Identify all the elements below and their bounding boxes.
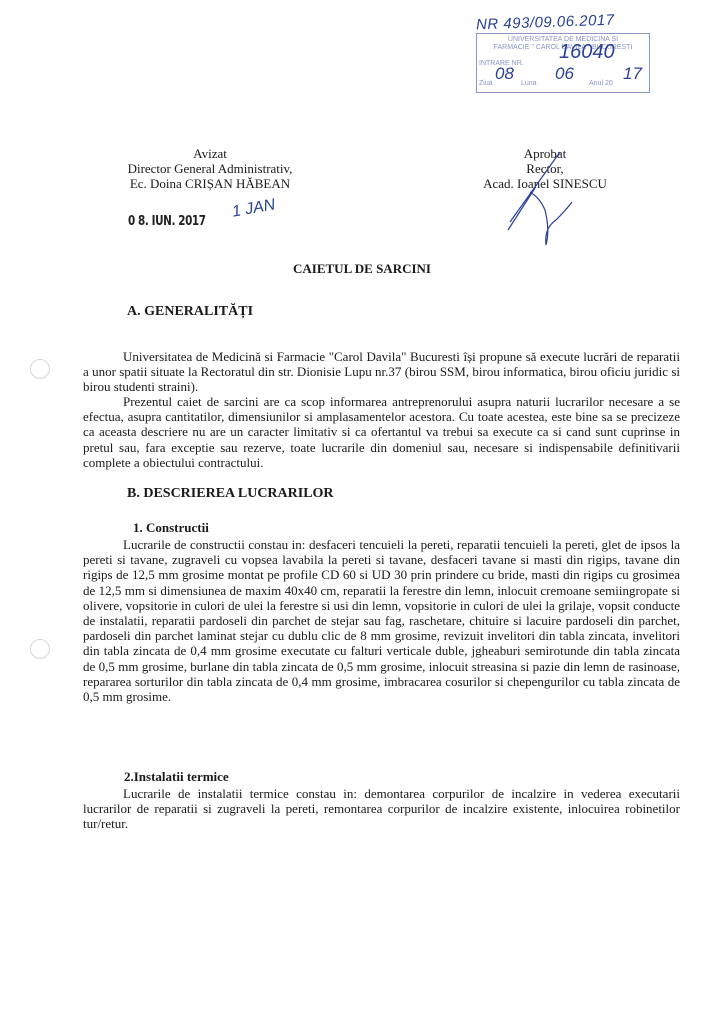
- punch-hole-icon: [30, 359, 50, 379]
- subsection-2-paragraph: Lucrarile de instalatii termice constau …: [83, 786, 680, 832]
- subsection-1-heading: 1. Constructii: [133, 520, 209, 536]
- handwritten-initials: 1 JAN: [231, 196, 277, 221]
- subsection-1-paragraph: Lucrarile de constructii constau in: des…: [83, 537, 680, 704]
- stamp-year-value: 17: [623, 70, 642, 78]
- rector-signature-icon: [500, 150, 610, 255]
- registration-stamp: UNIVERSITATEA DE MEDICINA SI FARMACIE " …: [476, 33, 650, 93]
- section-a-paragraph-1: Universitatea de Medicină si Farmacie "C…: [83, 349, 680, 395]
- date-stamp: 0 8. IUN. 2017: [128, 214, 206, 229]
- section-a-paragraph-2: Prezentul caiet de sarcini are ca scop i…: [83, 394, 680, 470]
- stamp-month-label: Luna: [521, 80, 537, 88]
- stamp-entry-number: 16040: [559, 48, 615, 56]
- stamp-month-value: 06: [555, 70, 574, 78]
- stamp-day-value: 08: [495, 70, 514, 78]
- handwritten-registration-number: NR 493/09.06.2017: [476, 12, 615, 34]
- punch-hole-icon: [30, 639, 50, 659]
- subsection-2-heading: 2.Instalatii termice: [124, 769, 229, 785]
- avizat-label: Avizat: [110, 146, 310, 161]
- section-b-heading: B. DESCRIEREA LUCRARILOR: [127, 486, 334, 502]
- stamp-day-label: Ziua: [479, 80, 493, 88]
- approval-avizat-block: Avizat Director General Administrativ, E…: [110, 146, 310, 191]
- section-a-heading: A. GENERALITĂȚI: [127, 304, 253, 320]
- avizat-name: Ec. Doina CRIȘAN HĂBEAN: [110, 176, 310, 191]
- document-title: CAIETUL DE SARCINI: [0, 261, 724, 277]
- stamp-year-label: Anul 20: [589, 80, 613, 88]
- avizat-role: Director General Administrativ,: [110, 161, 310, 176]
